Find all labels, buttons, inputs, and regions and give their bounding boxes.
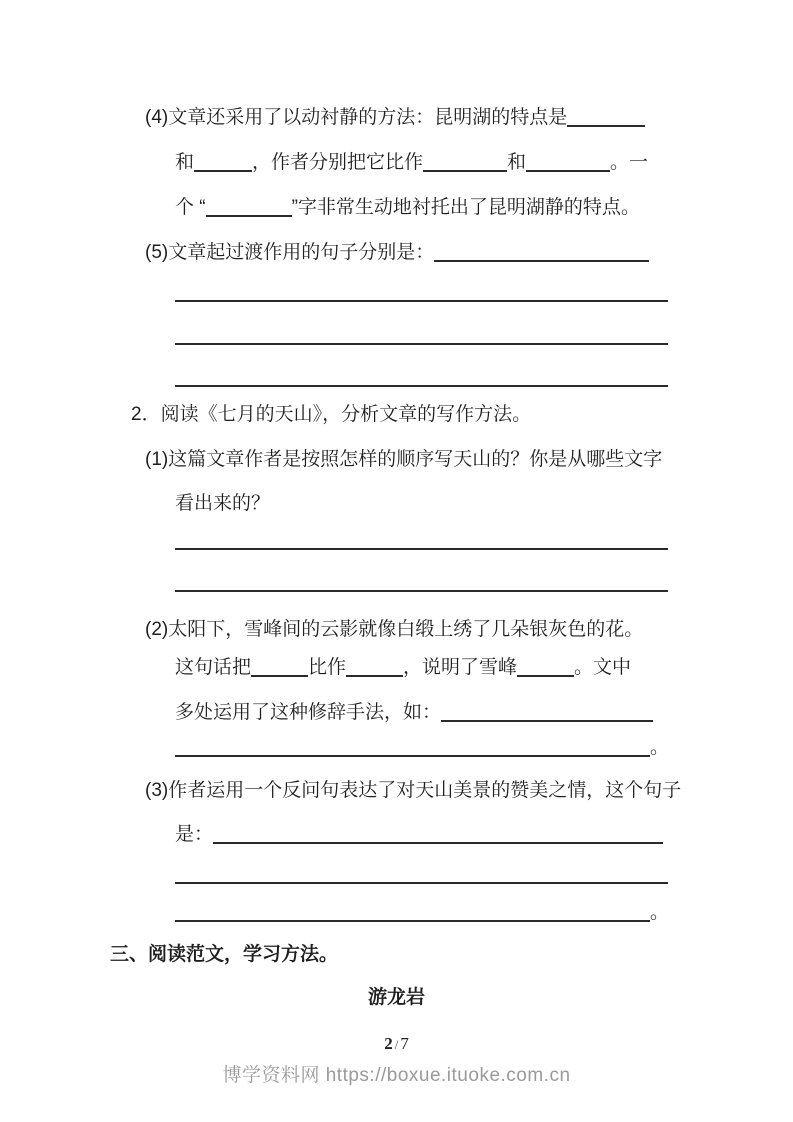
answer-line [175,279,668,302]
question-2-2-text: 。文中 [574,657,631,678]
question-2-3-text: (3)作者运用一个反问句表达了对天山美景的赞美之情，这个句子 [145,780,681,801]
question-4-text: (4)文章还采用了以动衬静的方法：昆明湖的特点是 [145,107,567,128]
question-2-3-line-4: 。 [175,901,669,925]
question-2-2-text: 。 [650,737,669,758]
question-4-text: 个 “ [175,197,206,218]
blank-field [567,107,645,127]
question-2-2-text: (2)太阳下，雪峰间的云影就像白缎上绣了几朵银灰色的花。 [145,619,643,640]
footer-site: 博学资料网 https://boxue.ituoke.com.cn [0,1064,793,1088]
question-2-2-text: 比作 [308,657,346,678]
question-4-text: 和 [507,152,526,173]
question-2-2-text: 多处运用了这种修辞手法，如： [175,702,441,723]
question-2-1-text: 看出来的？ [175,493,270,514]
question-4-line-2: 和，作者分别把它比作和。一 [175,151,648,175]
question-2-2-line-1: (2)太阳下，雪峰间的云影就像白缎上绣了几朵银灰色的花。 [145,618,643,642]
answer-line [175,527,668,550]
question-4-text: ，作者分别把它比作 [252,152,423,173]
question-2-2-line-2: 这句话把比作，说明了雪峰。文中 [175,656,631,680]
answer-line [175,322,668,345]
question-5-line: (5)文章起过渡作用的句子分别是： [145,241,649,265]
answer-line [175,569,668,592]
passage-title-text: 游龙岩 [368,987,425,1008]
question-2-2-text: 这句话把 [175,657,251,678]
question-2-1-text: (1)这篇文章作者是按照怎样的顺序写天山的？你是从哪些文字 [145,449,662,470]
footer-site-link: 博学资料网 https://boxue.ituoke.com.cn [222,1065,570,1086]
page-number: 2/7 [0,1032,793,1057]
question-2-3-text: 是： [175,824,213,845]
blank-field [423,152,507,172]
exercise-2-title: 2．阅读《七月的天山》，分析文章的写作方法。 [131,403,531,427]
blank-field [441,702,653,722]
page-number-current: 2 [384,1034,393,1053]
blank-field [194,152,252,172]
question-4-text: 和 [175,152,194,173]
question-2-1-line-1: (1)这篇文章作者是按照怎样的顺序写天山的？你是从哪些文字 [145,448,662,472]
blank-field [526,152,610,172]
blank-field [175,902,650,922]
question-4-text: 。一 [610,152,648,173]
question-2-2-text: ，说明了雪峰 [403,657,517,678]
question-2-3-line-2: 是： [175,823,663,847]
answer-line [175,861,668,884]
page-number-total: 7 [400,1034,409,1053]
blank-field [517,657,574,677]
blank-field [251,657,308,677]
worksheet-page: (4)文章还采用了以动衬静的方法：昆明湖的特点是 和，作者分别把它比作和。一 个… [0,0,793,1122]
blank-field [213,824,663,844]
answer-line [175,364,668,387]
question-4-line-3: 个 “”字非常生动地衬托出了昆明湖静的特点。 [175,196,640,220]
question-4-text: ”字非常生动地衬托出了昆明湖静的特点。 [292,197,640,218]
question-2-2-line-3: 多处运用了这种修辞手法，如： [175,701,653,725]
question-4-line-1: (4)文章还采用了以动衬静的方法：昆明湖的特点是 [145,106,645,130]
section-3-heading: 三、阅读范文，学习方法。 [110,943,338,967]
question-5-text: (5)文章起过渡作用的句子分别是： [145,242,434,263]
passage-title: 游龙岩 [0,986,793,1010]
blank-field [346,657,403,677]
blank-field [434,242,649,262]
question-2-2-line-4: 。 [175,736,669,760]
blank-field [175,737,650,757]
question-2-1-line-2: 看出来的？ [175,492,270,516]
question-2-3-text: 。 [650,902,669,923]
exercise-2-title-text: 2．阅读《七月的天山》，分析文章的写作方法。 [131,404,531,425]
section-3-heading-text: 三、阅读范文，学习方法。 [110,944,338,965]
question-2-3-line-1: (3)作者运用一个反问句表达了对天山美景的赞美之情，这个句子 [145,779,681,803]
blank-field [206,197,292,217]
